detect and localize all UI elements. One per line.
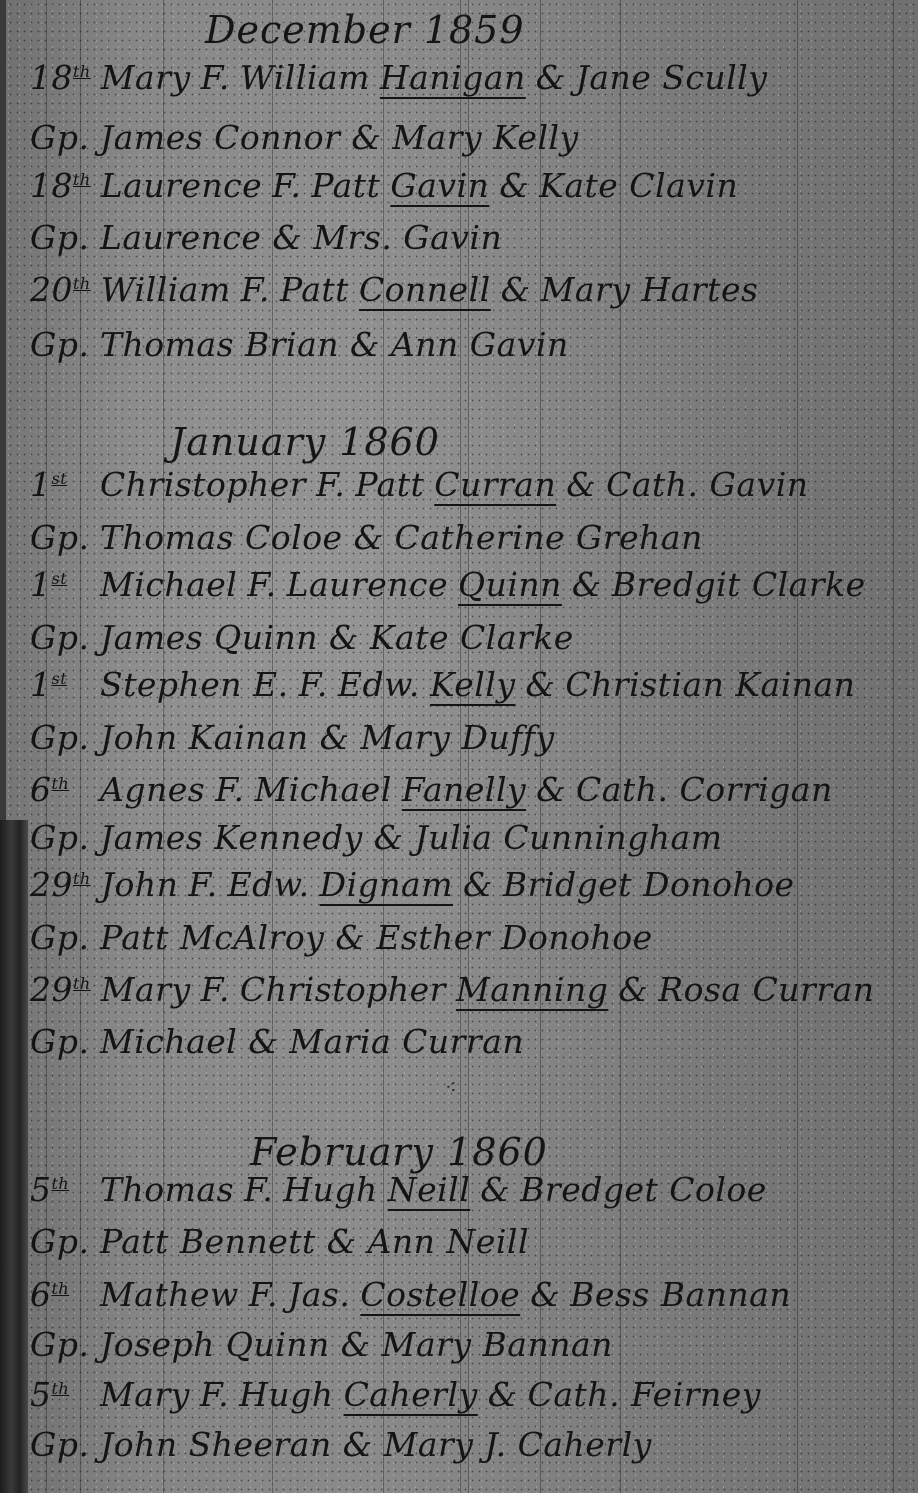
entry-day: 18th	[30, 166, 91, 205]
baptism-entry: 6th Agnes F. Michael Fanelly & Cath. Cor…	[30, 770, 908, 809]
father-name: Michael	[254, 770, 391, 809]
surname: Manning	[456, 970, 608, 1009]
father-prefix: F.	[201, 970, 230, 1009]
sponsor-entry: Gp. Thomas Coloe & Catherine Grehan	[30, 518, 908, 557]
sponsor-names: Thomas Coloe & Catherine Grehan	[100, 518, 703, 557]
sponsor-label: Gp.	[30, 818, 90, 857]
baptism-entry: 5th Thomas F. Hugh Neill & Bredget Coloe	[30, 1170, 908, 1209]
surname: Curran	[434, 465, 556, 504]
baptism-entry: 20th William F. Patt Connell & Mary Hart…	[30, 270, 908, 309]
sponsor-entry: Gp. James Connor & Mary Kelly	[30, 118, 908, 157]
entry-day: 6th	[30, 1275, 90, 1314]
sponsor-entry: Gp. Patt McAlroy & Esther Donohoe	[30, 918, 908, 957]
entry-day: 1st	[30, 465, 90, 504]
father-prefix: F.	[272, 166, 301, 205]
sponsor-names: John Kainan & Mary Duffy	[100, 718, 555, 757]
sponsor-names: Patt McAlroy & Esther Donohoe	[100, 918, 653, 957]
sponsor-label: Gp.	[30, 118, 90, 157]
sponsor-label: Gp.	[30, 518, 90, 557]
sponsor-entry: Gp. James Quinn & Kate Clarke	[30, 618, 908, 657]
sponsor-label: Gp.	[30, 718, 90, 757]
mother-name: Bess Bannan	[570, 1275, 791, 1314]
sponsor-names: James Connor & Mary Kelly	[100, 118, 579, 157]
father-name: Hugh	[239, 1375, 333, 1414]
mother-name: Bredget Coloe	[520, 1170, 767, 1209]
father-prefix: F.	[244, 1170, 273, 1209]
entry-day: 5th	[30, 1375, 90, 1414]
sponsor-label: Gp.	[30, 918, 90, 957]
baptism-entry: 18th Mary F. William Hanigan & Jane Scul…	[30, 58, 908, 97]
sponsor-label: Gp.	[30, 325, 90, 364]
surname: Gavin	[390, 166, 489, 205]
mother-name: Bridget Donohoe	[503, 865, 795, 904]
sponsor-label: Gp.	[30, 1425, 90, 1464]
surname: Dignam	[320, 865, 453, 904]
baptism-entry: 18th Laurence F. Patt Gavin & Kate Clavi…	[30, 166, 908, 205]
baptism-entry: 5th Mary F. Hugh Caherly & Cath. Feirney	[30, 1375, 908, 1414]
entry-day: 6th	[30, 770, 90, 809]
father-prefix: F.	[316, 465, 345, 504]
entry-day: 20th	[30, 270, 91, 309]
father-prefix: F.	[299, 665, 328, 704]
mother-name: Cath. Gavin	[606, 465, 808, 504]
child-name: John	[101, 865, 179, 904]
sponsor-names: Joseph Quinn & Mary Bannan	[100, 1325, 613, 1364]
child-name: Thomas	[100, 1170, 234, 1209]
sponsor-names: James Quinn & Kate Clarke	[100, 618, 574, 657]
sponsor-names: Laurence & Mrs. Gavin	[100, 218, 502, 257]
sponsor-entry: Gp. Michael & Maria Curran	[30, 1022, 908, 1061]
child-name: Mary	[100, 1375, 190, 1414]
page-edge	[0, 0, 6, 820]
entry-day: 29th	[30, 865, 91, 904]
father-name: Patt	[311, 166, 380, 205]
father-prefix: F.	[201, 58, 230, 97]
baptism-entry: 29th Mary F. Christopher Manning & Rosa …	[30, 970, 908, 1009]
child-name: William	[101, 270, 231, 309]
entry-day: 29th	[30, 970, 91, 1009]
surname: Kelly	[430, 665, 516, 704]
surname: Connell	[359, 270, 491, 309]
father-name: Patt	[280, 270, 349, 309]
father-name: Hugh	[283, 1170, 377, 1209]
sponsor-names: John Sheeran & Mary J. Caherly	[100, 1425, 652, 1464]
sponsor-entry: Gp. Joseph Quinn & Mary Bannan	[30, 1325, 908, 1364]
sponsor-label: Gp.	[30, 1325, 90, 1364]
child-name: Mary	[101, 970, 191, 1009]
surname: Neill	[388, 1170, 471, 1209]
surname: Hanigan	[380, 58, 526, 97]
entry-day: 5th	[30, 1170, 90, 1209]
entry-day: 18th	[30, 58, 91, 97]
father-name: Patt	[355, 465, 424, 504]
mother-name: Kate Clavin	[539, 166, 738, 205]
baptism-entry: 29th John F. Edw. Dignam & Bridget Donoh…	[30, 865, 908, 904]
child-name: Mary	[101, 58, 191, 97]
surname: Fanelly	[402, 770, 526, 809]
month-heading: December 1859	[205, 8, 525, 52]
register-page: December 1859 18th Mary F. William Hanig…	[0, 0, 918, 1493]
surname: Caherly	[344, 1375, 478, 1414]
father-prefix: F.	[188, 865, 217, 904]
sponsor-entry: Gp. Laurence & Mrs. Gavin	[30, 218, 908, 257]
child-name: Michael	[100, 565, 237, 604]
father-name: Jas.	[288, 1275, 350, 1314]
father-name: Edw.	[338, 665, 420, 704]
sponsor-entry: Gp. John Kainan & Mary Duffy	[30, 718, 908, 757]
mother-name: Cath. Corrigan	[576, 770, 833, 809]
father-prefix: F.	[249, 1275, 278, 1314]
baptism-entry: 1st Christopher F. Patt Curran & Cath. G…	[30, 465, 908, 504]
child-name: Christopher	[100, 465, 306, 504]
baptism-entry: 6th Mathew F. Jas. Costelloe & Bess Bann…	[30, 1275, 908, 1314]
sponsor-entry: Gp. Thomas Brian & Ann Gavin	[30, 325, 908, 364]
father-name: William	[240, 58, 370, 97]
mother-name: Rosa Curran	[658, 970, 874, 1009]
sponsor-label: Gp.	[30, 218, 90, 257]
father-name: Laurence	[287, 565, 448, 604]
baptism-entry: 1st Stephen E. F. Edw. Kelly & Christian…	[30, 665, 908, 704]
mother-name: Mary Hartes	[541, 270, 759, 309]
surname: Quinn	[458, 565, 562, 604]
ink-mark: ⁖	[445, 1075, 457, 1099]
sponsor-names: Michael & Maria Curran	[100, 1022, 524, 1061]
sponsor-label: Gp.	[30, 1222, 90, 1261]
child-name: Agnes	[100, 770, 205, 809]
mother-name: Cath. Feirney	[528, 1375, 761, 1414]
father-prefix: F.	[241, 270, 270, 309]
month-heading: February 1860	[250, 1130, 548, 1174]
sponsor-names: James Kennedy & Julia Cunningham	[100, 818, 723, 857]
sponsor-label: Gp.	[30, 1022, 90, 1061]
mother-name: Jane Scully	[576, 58, 768, 97]
child-name: Stephen E.	[100, 665, 289, 704]
mother-name: Christian Kainan	[565, 665, 855, 704]
book-binding	[0, 820, 28, 1493]
sponsor-entry: Gp. Patt Bennett & Ann Neill	[30, 1222, 908, 1261]
entry-day: 1st	[30, 565, 90, 604]
father-prefix: F.	[247, 565, 276, 604]
entry-day: 1st	[30, 665, 90, 704]
father-prefix: F.	[200, 1375, 229, 1414]
sponsor-names: Thomas Brian & Ann Gavin	[100, 325, 569, 364]
sponsor-label: Gp.	[30, 618, 90, 657]
father-name: Edw.	[228, 865, 310, 904]
father-name: Christopher	[240, 970, 446, 1009]
month-heading: January 1860	[170, 420, 440, 464]
child-name: Laurence	[101, 166, 262, 205]
surname: Costelloe	[360, 1275, 520, 1314]
father-prefix: F.	[215, 770, 244, 809]
sponsor-entry: Gp. James Kennedy & Julia Cunningham	[30, 818, 908, 857]
sponsor-entry: Gp. John Sheeran & Mary J. Caherly	[30, 1425, 908, 1464]
baptism-entry: 1st Michael F. Laurence Quinn & Bredgit …	[30, 565, 908, 604]
mother-name: Bredgit Clarke	[612, 565, 866, 604]
child-name: Mathew	[100, 1275, 239, 1314]
sponsor-names: Patt Bennett & Ann Neill	[100, 1222, 529, 1261]
